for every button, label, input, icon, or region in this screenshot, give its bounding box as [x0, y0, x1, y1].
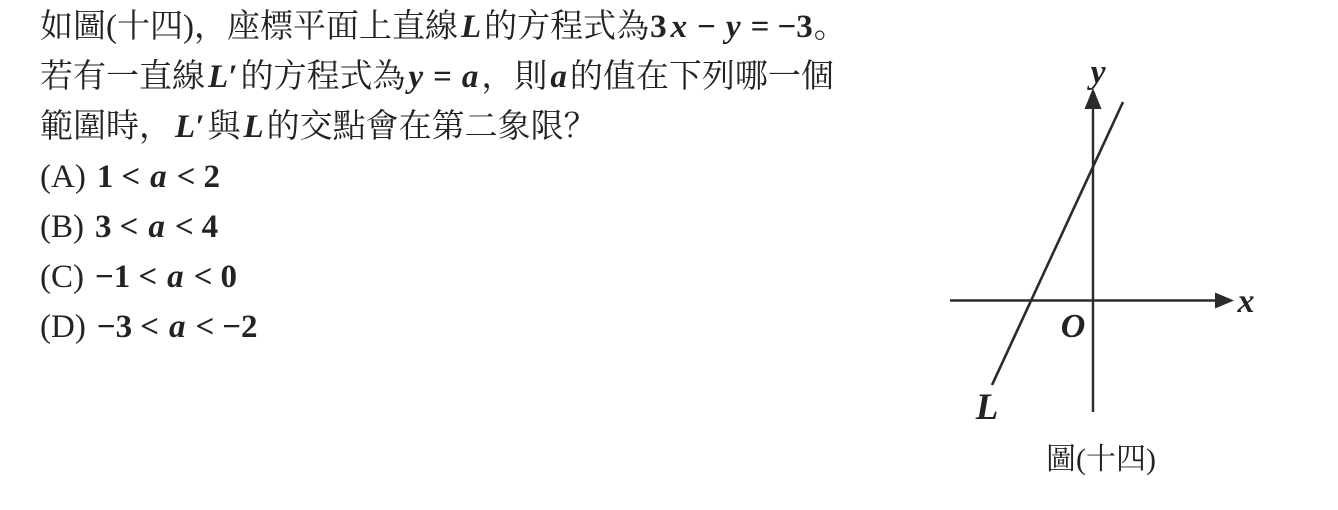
option-C-label: (C): [40, 259, 84, 295]
text-segment: 3: [95, 209, 112, 245]
option-C: (C)−1<a<0: [40, 252, 847, 302]
text-segment: a: [150, 159, 167, 195]
text-segment: <: [175, 209, 194, 245]
figure-canvas: y x O L 圖(十四): [935, 40, 1335, 510]
text-segment: 的值在下列哪一個: [570, 59, 834, 95]
text-segment: 4: [202, 209, 219, 245]
text-segment: <: [177, 159, 196, 195]
text-segment: 範圍時，: [40, 109, 172, 145]
page-container: 如圖(十四)，座標平面上直線L的方程式為3x−y=−3。 若有一直線L′的方程式…: [0, 0, 1338, 510]
text-segment: <: [138, 259, 157, 295]
text-segment: a: [148, 209, 165, 245]
option-B: (B)3<a<4: [40, 202, 847, 252]
text-segment: 與: [207, 109, 240, 145]
option-D-label: (D): [40, 309, 86, 345]
x-axis-label: x: [1237, 283, 1255, 320]
x-axis-arrowhead-icon: [1215, 293, 1234, 309]
text-segment: 0: [220, 259, 237, 295]
text-segment: 若有一直線: [40, 59, 205, 95]
text-segment: 3: [650, 9, 667, 45]
text-segment: L: [461, 9, 481, 45]
figure-caption: 圖(十四): [1046, 443, 1156, 476]
text-segment: L′: [175, 109, 204, 145]
text-segment: a: [167, 259, 184, 295]
text-segment: =: [433, 59, 452, 95]
text-segment: 如圖(十四)，座標平面上直線: [40, 9, 458, 45]
text-segment: <: [120, 209, 139, 245]
text-segment: <: [121, 159, 140, 195]
coordinate-plane-figure: y x O L 圖(十四): [935, 40, 1335, 510]
option-B-expression: 3<a<4: [94, 209, 219, 245]
option-D: (D)−3<a<−2: [40, 302, 847, 352]
option-B-label: (B): [40, 209, 84, 245]
question-line-2: 若有一直線L′的方程式為y=a，則a的值在下列哪一個: [40, 52, 847, 102]
text-segment: 的方程式為: [484, 9, 649, 45]
text-segment: −3: [97, 309, 132, 345]
text-segment: L′: [208, 59, 237, 95]
y-axis-arrowhead-icon: [1085, 88, 1102, 109]
text-segment: −2: [222, 309, 257, 345]
question-text: 如圖(十四)，座標平面上直線L的方程式為3x−y=−3。 若有一直線L′的方程式…: [40, 2, 847, 352]
text-segment: a: [169, 309, 186, 345]
option-D-expression: −3<a<−2: [96, 309, 259, 345]
option-A: (A)1<a<2: [40, 152, 847, 202]
option-C-expression: −1<a<0: [94, 259, 238, 295]
text-segment: −3: [777, 9, 812, 45]
text-segment: 。: [814, 9, 847, 45]
line-L: [992, 102, 1123, 385]
text-segment: x: [671, 9, 688, 45]
text-segment: y: [726, 9, 741, 45]
option-A-expression: 1<a<2: [96, 159, 221, 195]
text-segment: a: [550, 59, 567, 95]
text-segment: =: [751, 9, 770, 45]
question-line-3: 範圍時，L′與L的交點會在第二象限？: [40, 102, 847, 152]
text-segment: y: [408, 59, 423, 95]
text-segment: 2: [203, 159, 220, 195]
origin-label: O: [1061, 308, 1086, 345]
text-segment: <: [140, 309, 159, 345]
text-segment: 的方程式為: [240, 59, 405, 95]
text-segment: −1: [95, 259, 130, 295]
text-segment: <: [195, 309, 214, 345]
text-segment: L: [243, 109, 263, 145]
text-segment: <: [194, 259, 213, 295]
question-line-1: 如圖(十四)，座標平面上直線L的方程式為3x−y=−3。: [40, 2, 847, 52]
text-segment: 的交點會在第二象限？: [267, 109, 597, 145]
text-segment: ，則: [481, 59, 547, 95]
option-A-label: (A): [40, 159, 86, 195]
y-axis-label: y: [1086, 54, 1106, 91]
text-segment: a: [462, 59, 479, 95]
line-L-label: L: [975, 387, 999, 428]
text-segment: 1: [97, 159, 114, 195]
text-segment: −: [697, 9, 716, 45]
